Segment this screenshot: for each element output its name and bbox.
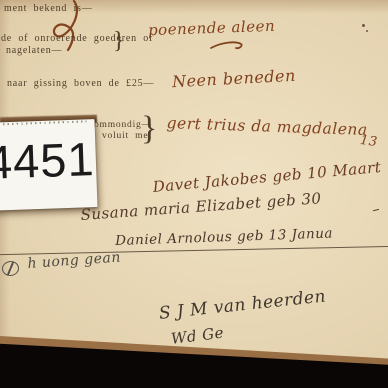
pencil-circle-mark	[1, 260, 20, 277]
handwriting-child-2: Susana maria Elizabet geb 30	[80, 189, 322, 224]
archive-number-label: 4451	[0, 119, 98, 211]
printed-goods-line: de of onroerende goederen of	[1, 33, 153, 44]
paper-speck	[366, 30, 368, 32]
printed-estimate-line: naar gissing boven de £25—	[7, 78, 154, 89]
handwriting-child-3: Daniel Arnolous geb 13 Janua	[115, 225, 333, 249]
handwriting-child-1: Davet Jakobes geb 10 Maart	[152, 158, 382, 196]
handwriting-widow-number: 13	[359, 133, 378, 150]
document-photo: ment bekend is— de of onroerende goedere…	[0, 0, 388, 388]
handwriting-signature: S J M van heerden	[158, 286, 327, 323]
archive-number: 4451	[0, 135, 95, 186]
handwriting-widow-name: gert trius da magdalena	[166, 114, 368, 139]
paper-speck	[362, 24, 365, 27]
ink-underline-swash	[210, 39, 244, 51]
label-perforation	[0, 120, 87, 126]
handwriting-edge-dash: –	[370, 199, 382, 218]
handwriting-goods-answer: poenende aleen	[148, 17, 276, 39]
printed-brace-small: }	[113, 28, 125, 55]
handwriting-signature-sub: Wd Ge	[170, 324, 225, 348]
printed-goods-line2: nagelaten—	[6, 45, 62, 56]
printed-brace-large: }	[141, 110, 157, 148]
handwriting-estimate-answer: Neen beneden	[172, 66, 297, 91]
